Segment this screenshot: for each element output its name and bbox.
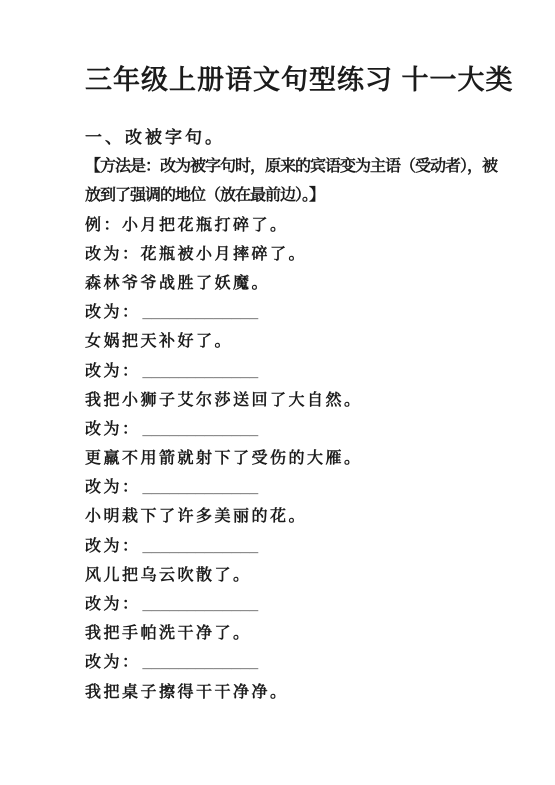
line-text: 例：小月把花瓶打碎了。 xyxy=(85,217,289,234)
section-heading: 一、改被字句。 xyxy=(85,123,535,152)
line-text: 我把桌子擦得干干净净。 xyxy=(85,684,289,701)
line-text: 一、改被字句。 xyxy=(85,128,225,147)
example-sentence: 例：小月把花瓶打碎了。 xyxy=(85,211,535,240)
exercise-sentence-5: 小明栽下了许多美丽的花。 xyxy=(85,502,535,531)
line-text: 放到了强调的地位（放在最前边）。】 xyxy=(85,187,324,204)
exercise-sentence-3: 我把小狮子艾尔莎送回了大自然。 xyxy=(85,386,535,415)
answer-blank-underline: _____________ xyxy=(141,421,259,438)
fill-blank-line-3: 改为：_____________ xyxy=(85,415,535,444)
line-text: 改为： xyxy=(85,479,141,496)
line-text: 改为： xyxy=(85,538,141,555)
line-text: 改为： xyxy=(85,304,141,321)
answer-blank-underline: _____________ xyxy=(141,479,259,496)
exercise-sentence-8: 我把桌子擦得干干净净。 xyxy=(85,678,535,707)
line-text: 改为： xyxy=(85,654,141,671)
line-text: 改为：花瓶被小月摔碎了。 xyxy=(85,246,307,263)
line-text: 我把手帕洗干净了。 xyxy=(85,625,252,642)
method-note-line-2: 放到了强调的地位（放在最前边）。】 xyxy=(85,181,535,210)
line-text: 小明栽下了许多美丽的花。 xyxy=(85,508,307,525)
line-text: 改为： xyxy=(85,596,141,613)
example-answer: 改为：花瓶被小月摔碎了。 xyxy=(85,240,535,269)
line-text: 我把小狮子艾尔莎送回了大自然。 xyxy=(85,392,363,409)
fill-blank-line-6: 改为：_____________ xyxy=(85,590,535,619)
answer-blank-underline: _____________ xyxy=(141,596,259,613)
answer-blank-underline: _____________ xyxy=(141,363,259,380)
line-text: 更羸不用箭就射下了受伤的大雁。 xyxy=(85,450,363,467)
fill-blank-line-7: 改为：_____________ xyxy=(85,648,535,677)
exercise-sentence-2: 女娲把天补好了。 xyxy=(85,327,535,356)
line-text: 【方法是：改为被字句时，原来的宾语变为主语（受动者），被 xyxy=(85,158,497,175)
exercise-sentence-4: 更羸不用箭就射下了受伤的大雁。 xyxy=(85,444,535,473)
line-text: 森林爷爷战胜了妖魔。 xyxy=(85,275,270,292)
line-text: 女娲把天补好了。 xyxy=(85,333,233,350)
line-text: 风儿把乌云吹散了。 xyxy=(85,567,252,584)
exercise-sentence-6: 风儿把乌云吹散了。 xyxy=(85,561,535,590)
fill-blank-line-2: 改为：_____________ xyxy=(85,357,535,386)
line-text: 改为： xyxy=(85,363,141,380)
fill-blank-line-1: 改为：_____________ xyxy=(85,298,535,327)
exercise-sentence-1: 森林爷爷战胜了妖魔。 xyxy=(85,269,535,298)
fill-blank-line-4: 改为：_____________ xyxy=(85,473,535,502)
document-body: 一、改被字句。【方法是：改为被字句时，原来的宾语变为主语（受动者），被放到了强调… xyxy=(85,123,535,707)
document-title: 三年级上册语文句型练习 十一大类 xyxy=(85,58,514,97)
line-text: 改为： xyxy=(85,421,141,438)
document-page: 三年级上册语文句型练习 十一大类 一、改被字句。【方法是：改为被字句时，原来的宾… xyxy=(0,0,555,785)
answer-blank-underline: _____________ xyxy=(141,654,259,671)
exercise-sentence-7: 我把手帕洗干净了。 xyxy=(85,619,535,648)
fill-blank-line-5: 改为：_____________ xyxy=(85,532,535,561)
answer-blank-underline: _____________ xyxy=(141,304,259,321)
method-note-line-1: 【方法是：改为被字句时，原来的宾语变为主语（受动者），被 xyxy=(85,152,535,181)
answer-blank-underline: _____________ xyxy=(141,538,259,555)
